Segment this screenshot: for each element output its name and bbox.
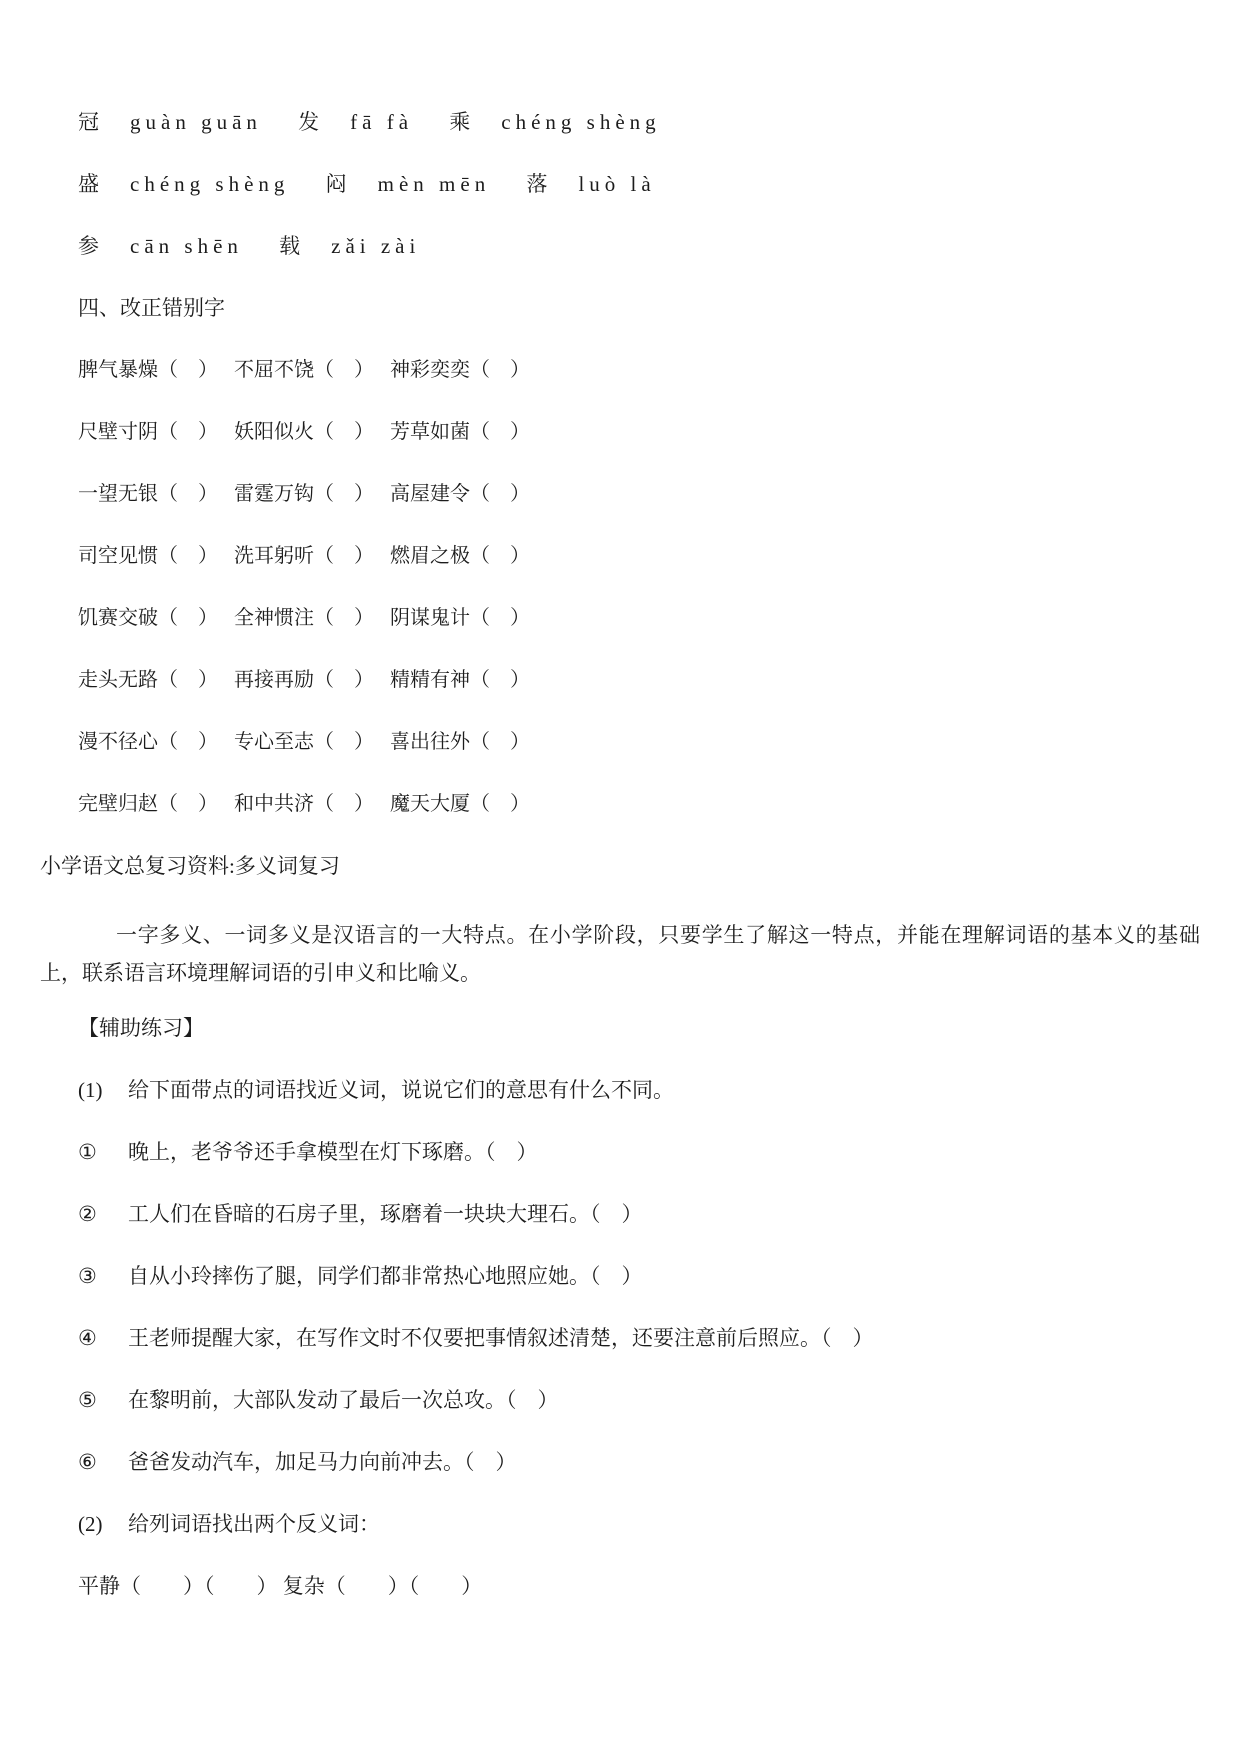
item-number: ⑥ <box>78 1450 128 1475</box>
idiom-row: 饥赛交破（ ） 全神惯注（ ） 阴谋鬼计（ ） <box>78 606 1200 631</box>
exercise-item: ② 工人们在昏暗的石房子里，琢磨着一块块大理石。（ ） <box>78 1202 1200 1227</box>
exercise-item: ① 晚上，老爷爷还手拿模型在灯下琢磨。（ ） <box>78 1140 1200 1165</box>
exercise-item: ③ 自从小玲摔伤了腿，同学们都非常热心地照应她。（ ） <box>78 1264 1200 1289</box>
exercise-item: ④ 王老师提醒大家，在写作文时不仅要把事情叙述清楚，还要注意前后照应。（ ） <box>78 1326 1200 1351</box>
idiom-item: 专心至志（ ） <box>234 730 390 755</box>
idiom-item: 魔天大厦（ ） <box>390 792 546 817</box>
idiom-item: 再接再励（ ） <box>234 668 390 693</box>
item-number: ④ <box>78 1326 128 1351</box>
idiom-item: 精精有神（ ） <box>390 668 546 693</box>
exercise-item: ⑤ 在黎明前，大部队发动了最后一次总攻。（ ） <box>78 1388 1200 1413</box>
idiom-item: 阴谋鬼计（ ） <box>390 606 546 631</box>
exercise-text: 给列词语找出两个反义词： <box>128 1512 380 1537</box>
antonym-answer-line: 平静（ ）（ ） 复杂（ ）（ ） <box>78 1574 1200 1599</box>
exercise-item: ⑥ 爸爸发动汽车，加足马力向前冲去。（ ） <box>78 1450 1200 1475</box>
pinyin-line-3: 参 cān shēn 载 zǎi zài <box>78 234 1200 259</box>
idiom-item: 脾气暴燥（ ） <box>78 358 234 383</box>
idiom-item: 一望无银（ ） <box>78 482 234 507</box>
idiom-item: 雷霆万钩（ ） <box>234 482 390 507</box>
idiom-row: 尺壁寸阴（ ） 妖阳似火（ ） 芳草如菌（ ） <box>78 420 1200 445</box>
idiom-item: 和中共济（ ） <box>234 792 390 817</box>
intro-paragraph: 一字多义、一词多义是汉语言的一大特点。在小学阶段，只要学生了解这一特点，并能在理… <box>40 916 1200 992</box>
idiom-item: 全神惯注（ ） <box>234 606 390 631</box>
idiom-row: 走头无路（ ） 再接再励（ ） 精精有神（ ） <box>78 668 1200 693</box>
item-number: ② <box>78 1202 128 1227</box>
item-number: ③ <box>78 1264 128 1289</box>
item-text: 王老师提醒大家，在写作文时不仅要把事情叙述清楚，还要注意前后照应。（ ） <box>128 1326 874 1351</box>
idiom-item: 尺壁寸阴（ ） <box>78 420 234 445</box>
idiom-item: 燃眉之极（ ） <box>390 544 546 569</box>
worksheet-page: 冠 guàn guān 发 fā fà 乘 chéng shèng 盛 chén… <box>0 0 1240 1754</box>
idiom-item: 不屈不饶（ ） <box>234 358 390 383</box>
idiom-row: 完壁归赵（ ） 和中共济（ ） 魔天大厦（ ） <box>78 792 1200 817</box>
idiom-row: 漫不径心（ ） 专心至志（ ） 喜出往外（ ） <box>78 730 1200 755</box>
exercise-text: 给下面带点的词语找近义词，说说它们的意思有什么不同。 <box>128 1078 674 1103</box>
exercise-number: (1) <box>78 1078 128 1103</box>
idiom-item: 神彩奕奕（ ） <box>390 358 546 383</box>
exercise-1-label: (1) 给下面带点的词语找近义词，说说它们的意思有什么不同。 <box>78 1078 1200 1103</box>
idiom-row: 一望无银（ ） 雷霆万钩（ ） 高屋建令（ ） <box>78 482 1200 507</box>
idiom-item: 完壁归赵（ ） <box>78 792 234 817</box>
idiom-item: 漫不径心（ ） <box>78 730 234 755</box>
idiom-item: 饥赛交破（ ） <box>78 606 234 631</box>
exercise-2-label: (2) 给列词语找出两个反义词： <box>78 1512 1200 1537</box>
section-heading-correction: 四、改正错别字 <box>78 296 1200 321</box>
exercise-number: (2) <box>78 1512 128 1537</box>
idiom-item: 芳草如菌（ ） <box>390 420 546 445</box>
idiom-item: 妖阳似火（ ） <box>234 420 390 445</box>
item-text: 工人们在昏暗的石房子里，琢磨着一块块大理石。（ ） <box>128 1202 643 1227</box>
idiom-item: 司空见惯（ ） <box>78 544 234 569</box>
pinyin-line-1: 冠 guàn guān 发 fā fà 乘 chéng shèng <box>78 110 1200 135</box>
item-text: 爸爸发动汽车，加足马力向前冲去。（ ） <box>128 1450 517 1475</box>
item-number: ① <box>78 1140 128 1165</box>
item-number: ⑤ <box>78 1388 128 1413</box>
idiom-row: 脾气暴燥（ ） 不屈不饶（ ） 神彩奕奕（ ） <box>78 358 1200 383</box>
review-title: 小学语文总复习资料:多义词复习 <box>40 854 1200 879</box>
idiom-item: 喜出往外（ ） <box>390 730 546 755</box>
idiom-item: 洗耳躬听（ ） <box>234 544 390 569</box>
idiom-row: 司空见惯（ ） 洗耳躬听（ ） 燃眉之极（ ） <box>78 544 1200 569</box>
item-text: 晚上，老爷爷还手拿模型在灯下琢磨。（ ） <box>128 1140 538 1165</box>
item-text: 在黎明前，大部队发动了最后一次总攻。（ ） <box>128 1388 559 1413</box>
idiom-item: 走头无路（ ） <box>78 668 234 693</box>
idiom-item: 高屋建令（ ） <box>390 482 546 507</box>
helper-heading: 【辅助练习】 <box>78 1016 1200 1041</box>
item-text: 自从小玲摔伤了腿，同学们都非常热心地照应她。（ ） <box>128 1264 643 1289</box>
pinyin-line-2: 盛 chéng shèng 闷 mèn mēn 落 luò là <box>78 172 1200 197</box>
